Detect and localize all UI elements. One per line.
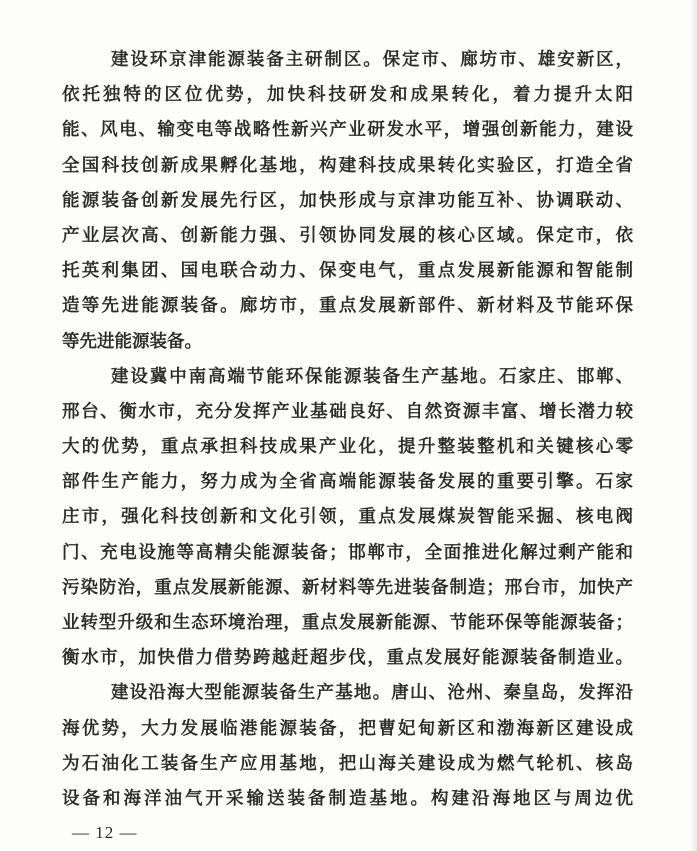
text-line: 托英利集团、国电联合动力、保变电气，重点发展新能源和智能制: [62, 253, 633, 288]
text-line: 建设沿海大型能源装备生产基地。唐山、沧州、秦皇岛，发挥沿: [62, 675, 633, 710]
text-line: 庄市，强化科技创新和文化引领，重点发展煤炭智能采掘、核电阀: [62, 499, 633, 534]
text-line: 大的优势，重点承担科技成果产业化，提升整装整机和关键核心零: [62, 429, 633, 464]
text-line: 造等先进能源装备。廊坊市，重点发展新部件、新材料及节能环保: [62, 288, 633, 323]
text-line: 全国科技创新成果孵化基地，构建科技成果转化实验区，打造全省: [62, 148, 633, 183]
text-line: 等先进能源装备。: [62, 324, 633, 359]
text-line: 门、充电设施等高精尖能源装备；邯郸市，全面推进化解过剩产能和: [62, 535, 633, 570]
text-line: 产业层次高、创新能力强、引领协同发展的核心区域。保定市，依: [62, 218, 633, 253]
document-page: 建设环京津能源装备主研制区。保定市、廊坊市、雄安新区，依托独特的区位优势，加快科…: [0, 0, 697, 851]
text-line: 设备和海洋油气开采输送装备制造基地。构建沿海地区与周边优: [62, 781, 633, 816]
text-line: 部件生产能力，努力成为全省高端能源装备发展的重要引擎。石家: [62, 464, 633, 499]
page-footer: — 12 —: [0, 816, 697, 845]
text-line: 建设冀中南高端节能环保能源装备生产基地。石家庄、邯郸、: [62, 359, 633, 394]
text-line: 污染防治，重点发展新能源、新材料等先进装备制造；邢台市，加快产: [62, 570, 633, 605]
text-line: 为石油化工装备生产应用基地，把山海关建设成为燃气轮机、核岛: [62, 746, 633, 781]
text-line: 海优势，大力发展临港能源装备，把曹妃甸新区和渤海新区建设成: [62, 711, 633, 746]
text-line: 能源装备创新发展先行区，加快形成与京津功能互补、协调联动、: [62, 183, 633, 218]
text-line: 建设环京津能源装备主研制区。保定市、廊坊市、雄安新区，: [62, 42, 633, 77]
text-line: 衡水市，加快借力借势跨越赶超步伐，重点发展好能源装备制造业。: [62, 640, 633, 675]
document-body: 建设环京津能源装备主研制区。保定市、廊坊市、雄安新区，依托独特的区位优势，加快科…: [0, 0, 697, 816]
text-line: 业转型升级和生态环境治理，重点发展新能源、节能环保等能源装备；: [62, 605, 633, 640]
text-line: 依托独特的区位优势，加快科技研发和成果转化，着力提升太阳: [62, 77, 633, 112]
text-line: 能、风电、输变电等战略性新兴产业研发水平，增强创新能力，建设: [62, 112, 633, 147]
page-number: — 12 —: [72, 823, 138, 842]
text-line: 邢台、衡水市，充分发挥产业基础良好、自然资源丰富、增长潜力较: [62, 394, 633, 429]
